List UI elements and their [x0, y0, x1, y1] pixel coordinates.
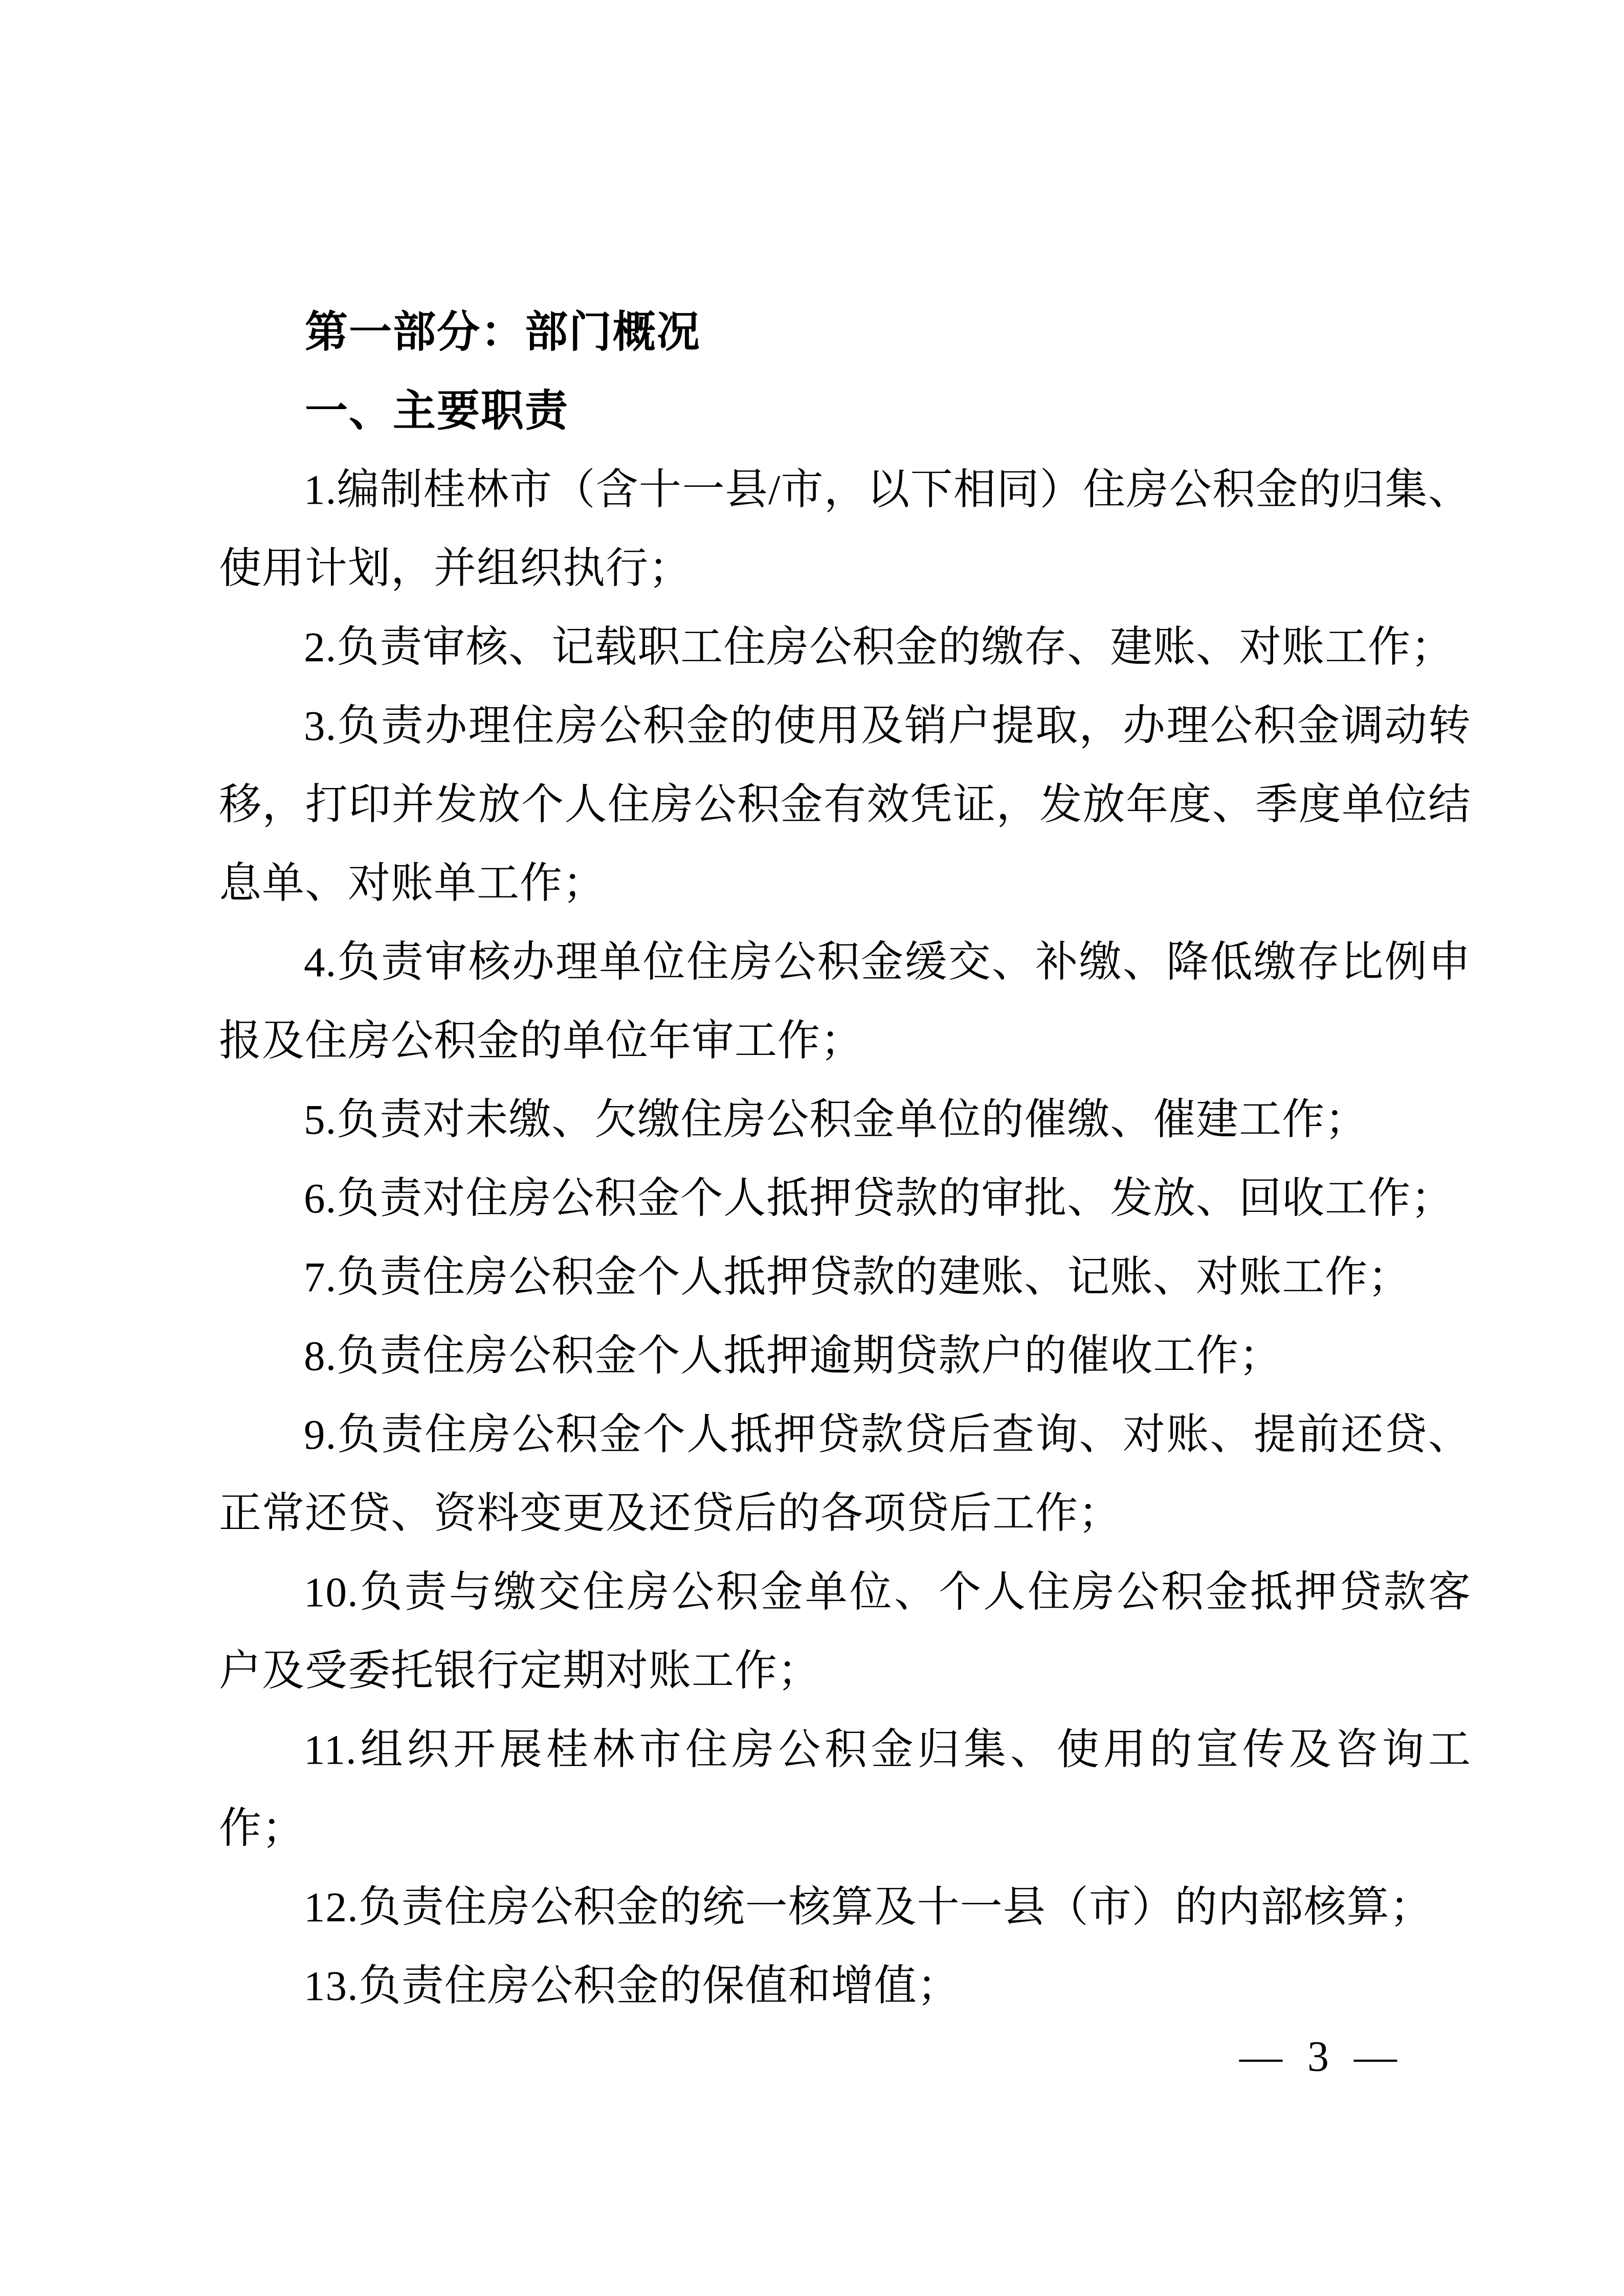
duty-item: 1.编制桂林市（含十一县/市，以下相同）住房公积金的归集、使用计划，并组织执行； — [219, 450, 1471, 607]
part-title: 第一部分：部门概况 — [219, 292, 1471, 371]
duty-item: 4.负责审核办理单位住房公积金缓交、补缴、降低缴存比例申报及住房公积金的单位年审… — [219, 922, 1471, 1080]
duty-item: 12.负责住房公积金的统一核算及十一县（市）的内部核算； — [219, 1867, 1471, 1946]
duty-item: 10.负责与缴交住房公积金单位、个人住房公积金抵押贷款客户及受委托银行定期对账工… — [219, 1552, 1471, 1710]
duty-item: 9.负责住房公积金个人抵押贷款贷后查询、对账、提前还贷、正常还贷、资料变更及还贷… — [219, 1395, 1471, 1552]
duty-item: 7.负责住房公积金个人抵押贷款的建账、记账、对账工作； — [219, 1237, 1471, 1316]
duty-item: 5.负责对未缴、欠缴住房公积金单位的催缴、催建工作； — [219, 1080, 1471, 1159]
page-number: — 3 — — [1239, 2029, 1404, 2085]
document-content: 第一部分：部门概况 一、主要职责 1.编制桂林市（含十一县/市，以下相同）住房公… — [219, 292, 1471, 2025]
document-page: 第一部分：部门概况 一、主要职责 1.编制桂林市（含十一县/市，以下相同）住房公… — [0, 0, 1624, 2296]
duty-item: 8.负责住房公积金个人抵押逾期贷款户的催收工作； — [219, 1316, 1471, 1395]
duty-item: 11.组织开展桂林市住房公积金归集、使用的宣传及咨询工作； — [219, 1710, 1471, 1867]
section-title: 一、主要职责 — [219, 371, 1471, 450]
duty-item: 13.负责住房公积金的保值和增值； — [219, 1946, 1471, 2025]
duty-item: 3.负责办理住房公积金的使用及销户提取，办理公积金调动转移，打印并发放个人住房公… — [219, 686, 1471, 922]
duty-item: 6.负责对住房公积金个人抵押贷款的审批、发放、回收工作； — [219, 1159, 1471, 1237]
duty-item: 2.负责审核、记载职工住房公积金的缴存、建账、对账工作； — [219, 607, 1471, 686]
